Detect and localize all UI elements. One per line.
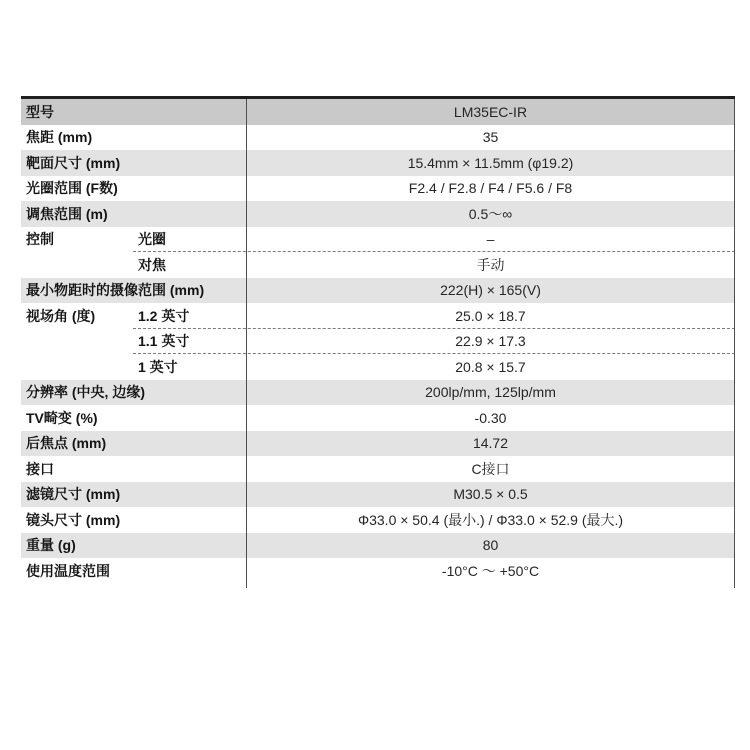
spec-value: 20.8 × 15.7	[246, 360, 735, 374]
spec-label: 镜头尺寸 (mm)	[21, 513, 246, 527]
spec-table: 型号 LM35EC-IR 焦距 (mm) 35 靶面尺寸 (mm) 15.4mm…	[21, 96, 735, 584]
spec-value: 222(H) × 165(V)	[246, 283, 735, 297]
spec-table-rows: 型号 LM35EC-IR 焦距 (mm) 35 靶面尺寸 (mm) 15.4mm…	[21, 99, 735, 584]
table-row-mount: 接口 C接口	[21, 456, 735, 482]
spec-value: M30.5 × 0.5	[246, 487, 735, 501]
spec-label: 光圈范围 (F数)	[21, 181, 246, 195]
spec-label: 后焦点 (mm)	[21, 436, 246, 450]
spec-label: 靶面尺寸 (mm)	[21, 156, 246, 170]
table-row-focal-length: 焦距 (mm) 35	[21, 125, 735, 151]
spec-label: 焦距 (mm)	[21, 130, 246, 144]
spec-sublabel: 对焦	[133, 258, 246, 272]
spec-label: 重量 (g)	[21, 538, 246, 552]
table-row-operating-temperature: 使用温度范围 -10°C ～ +50°C	[21, 558, 735, 584]
spec-value: 22.9 × 17.3	[246, 334, 735, 348]
table-row-sensor-size: 靶面尺寸 (mm) 15.4mm × 11.5mm (φ19.2)	[21, 150, 735, 176]
spec-value: -10°C ～ +50°C	[246, 564, 735, 578]
spec-sublabel: 光圈	[133, 232, 246, 246]
spec-label: 滤镜尺寸 (mm)	[21, 487, 246, 501]
table-row-tv-distortion: TV畸变 (%) -0.30	[21, 405, 735, 431]
spec-label: 使用温度范围	[21, 564, 246, 578]
table-row-fov-1inch: 1 英寸 20.8 × 15.7	[21, 354, 735, 380]
spec-value: 0.5～∞	[246, 207, 735, 221]
spec-group-label: 视场角 (度)	[21, 309, 133, 323]
spec-value: 25.0 × 18.7	[246, 309, 735, 323]
spec-value: LM35EC-IR	[246, 105, 735, 119]
table-row-fov-1_2inch: 视场角 (度) 1.2 英寸 25.0 × 18.7	[21, 303, 735, 329]
table-row-back-focus: 后焦点 (mm) 14.72	[21, 431, 735, 457]
spec-group-label: 控制	[21, 232, 133, 246]
table-right-border-line	[734, 99, 735, 588]
spec-value: 200lp/mm, 125lp/mm	[246, 385, 735, 399]
spec-value: 15.4mm × 11.5mm (φ19.2)	[246, 156, 735, 170]
table-row-filter-size: 滤镜尺寸 (mm) M30.5 × 0.5	[21, 482, 735, 508]
table-row-min-object-distance: 最小物距时的摄像范围 (mm) 222(H) × 165(V)	[21, 278, 735, 304]
table-row-model: 型号 LM35EC-IR	[21, 99, 735, 125]
spec-value: 35	[246, 130, 735, 144]
spec-value: 手动	[246, 258, 735, 272]
spec-label: 分辨率 (中央, 边缘)	[21, 385, 246, 399]
spec-label: TV畸变 (%)	[21, 411, 246, 425]
spec-value: 80	[246, 538, 735, 552]
spec-label: 调焦范围 (m)	[21, 207, 246, 221]
table-row-aperture-range: 光圈范围 (F数) F2.4 / F2.8 / F4 / F5.6 / F8	[21, 176, 735, 202]
table-row-control-focus: 对焦 手动	[21, 252, 735, 278]
spec-sublabel: 1 英寸	[133, 360, 246, 374]
table-row-fov-1_1inch: 1.1 英寸 22.9 × 17.3	[21, 329, 735, 355]
spec-value: -0.30	[246, 411, 735, 425]
page: 型号 LM35EC-IR 焦距 (mm) 35 靶面尺寸 (mm) 15.4mm…	[0, 0, 750, 750]
spec-sublabel: 1.1 英寸	[133, 334, 246, 348]
table-row-control-iris: 控制 光圈 –	[21, 227, 735, 253]
spec-sublabel: 1.2 英寸	[133, 309, 246, 323]
spec-label: 接口	[21, 462, 246, 476]
spec-value: C接口	[246, 462, 735, 476]
table-row-resolution: 分辨率 (中央, 边缘) 200lp/mm, 125lp/mm	[21, 380, 735, 406]
spec-label: 最小物距时的摄像范围 (mm)	[21, 283, 246, 297]
spec-value: –	[246, 232, 735, 246]
table-row-lens-dimensions: 镜头尺寸 (mm) Φ33.0 × 50.4 (最小.) / Φ33.0 × 5…	[21, 507, 735, 533]
spec-value: F2.4 / F2.8 / F4 / F5.6 / F8	[246, 181, 735, 195]
table-row-weight: 重量 (g) 80	[21, 533, 735, 559]
spec-label: 型号	[21, 105, 246, 119]
spec-value: 14.72	[246, 436, 735, 450]
column-divider-line	[246, 99, 247, 588]
spec-value: Φ33.0 × 50.4 (最小.) / Φ33.0 × 52.9 (最大.)	[246, 513, 735, 527]
table-row-focus-range: 调焦范围 (m) 0.5～∞	[21, 201, 735, 227]
